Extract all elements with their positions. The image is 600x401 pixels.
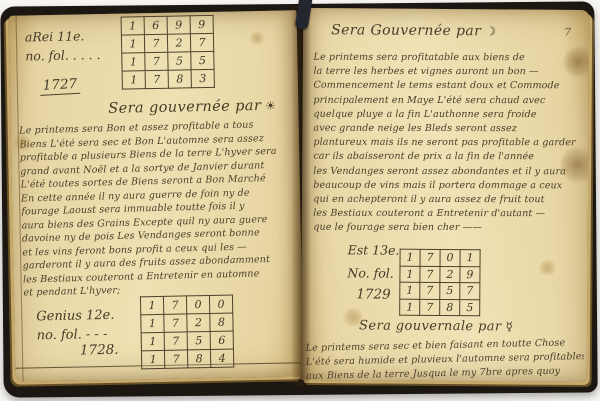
year-row: 1728 [141, 313, 233, 333]
year-row: 1784 [141, 349, 233, 369]
manuscript-photo: aRei 11e. no. fol. . . . . 1727 16991727… [0, 0, 600, 401]
year-row: 1756 [141, 331, 233, 351]
manuscript-line: les Vendanges seront assez abondantes et… [313, 164, 585, 179]
year-cell: 7 [190, 33, 213, 51]
year-row: 1699 [121, 15, 213, 35]
right-margin-note: Est 13e. No. fol. [347, 238, 399, 284]
year-cell: 7 [164, 350, 187, 368]
year-cell: 3 [191, 69, 214, 87]
year-cell: 1 [122, 53, 145, 71]
year-cell: 1 [141, 350, 164, 368]
left-footer-note: Genius 12e. no. fol. - - - [36, 306, 115, 345]
year-table-1728: 1700172817561784 [140, 295, 234, 370]
year-cell: 1 [140, 296, 163, 314]
margin-note-line: no. fol. . . . . [25, 45, 101, 65]
year-cell: 7 [164, 314, 187, 332]
mercury-symbol: ☿ [502, 319, 514, 333]
left-margin-note: aRei 11e. no. fol. . . . . [25, 26, 101, 65]
year-cell: 8 [168, 70, 191, 88]
right-body-text: Le printems sera profitatable aux biens … [313, 51, 585, 236]
left-heading-text: Sera gouvernée par [108, 98, 261, 117]
year-cell: 1 [121, 35, 144, 53]
year-cell: 5 [168, 52, 191, 70]
year-cell: 9 [460, 266, 480, 283]
year-cell: 1 [121, 17, 144, 35]
year-cell: 7 [145, 52, 168, 70]
year-cell: 2 [167, 34, 190, 52]
year-cell: 5 [191, 51, 214, 69]
year-table-1729: 1701172917571785 [399, 249, 480, 317]
year-cell: 1 [141, 332, 164, 350]
year-row: 1727 [121, 33, 213, 53]
year-cell: 4 [210, 349, 233, 367]
year-row: 1783 [122, 69, 214, 89]
year-cell: 0 [186, 295, 209, 313]
manuscript-line: Le printems sera profitatable aux biens … [313, 51, 585, 66]
year-cell: 7 [420, 282, 440, 299]
manuscript-line: les Bestiaux couteront a Entretenir d'au… [313, 207, 585, 222]
year-cell: 1 [141, 314, 164, 332]
year-cell: 1 [400, 249, 420, 266]
left-heading: Sera gouvernée par☀ [108, 98, 276, 117]
manuscript-line: avec grande neige les Bleds seront assez [313, 122, 585, 137]
year-cell: 1 [400, 266, 420, 283]
year-cell: 9 [190, 15, 213, 33]
year-1729-label: 1729 [353, 286, 393, 303]
footer-note-line: Genius 12e. [36, 306, 115, 326]
year-cell: 7 [164, 332, 187, 350]
year-row: 1729 [400, 266, 480, 283]
manuscript-line: quelque pluye a la fin L'authonne sera f… [313, 108, 585, 123]
year-cell: 7 [144, 34, 167, 52]
year-row: 1757 [400, 282, 480, 299]
year-cell: 8 [187, 349, 210, 367]
year-row: 1701 [400, 249, 480, 266]
right-subheading: Sera gouvernale par☿ [359, 318, 513, 334]
right-heading-text: Sera Gouvernée par [331, 22, 481, 39]
right-heading: Sera Gouvernée par☽ [331, 22, 496, 39]
manuscript-line: la terre les herbes et vignes auront un … [313, 65, 585, 80]
sun-symbol: ☀ [261, 99, 276, 113]
year-cell: 7 [163, 296, 186, 314]
manuscript-line: qui en achepteront il y aura assez de fr… [313, 193, 585, 208]
margin-note-line: No. fol. [347, 261, 399, 284]
left-page: aRei 11e. no. fol. . . . . 1727 16991727… [9, 10, 304, 381]
manuscript-line: que le fourage sera bien cher —— [313, 221, 585, 236]
manuscript-line: Commencement le tems estant doux et Comm… [313, 79, 585, 94]
year-cell: 6 [144, 16, 167, 34]
year-row: 1785 [400, 299, 480, 316]
right-page: Sera Gouvernée par☽ 7 Le printems sera p… [301, 8, 590, 382]
year-1728-label: 1728. [77, 342, 122, 360]
moon-symbol: ☽ [481, 24, 496, 38]
year-cell: 6 [210, 331, 233, 349]
year-cell: 1 [122, 71, 145, 89]
year-cell: 5 [440, 282, 460, 299]
year-1727-label: 1727 [39, 76, 80, 96]
margin-note-line: Est 13e. [348, 238, 400, 261]
stain [537, 260, 557, 276]
year-cell: 1 [400, 299, 420, 316]
year-cell: 8 [440, 299, 460, 316]
manuscript-line: plantureux mais ils ne seront pas profit… [313, 136, 585, 151]
year-cell: 8 [210, 313, 233, 331]
year-table-1727: 1699172717551783 [121, 15, 215, 90]
year-cell: 0 [209, 295, 232, 313]
year-cell: 2 [187, 313, 210, 331]
year-row: 1755 [122, 51, 214, 71]
year-cell: 2 [440, 266, 460, 283]
year-row: 1700 [140, 295, 232, 315]
stain [249, 31, 265, 45]
left-body-text: Le printems sera Bon et assez profitable… [19, 117, 299, 300]
margin-note-line: aRei 11e. [25, 26, 101, 46]
year-cell: 5 [460, 299, 480, 316]
year-cell: 7 [420, 266, 440, 283]
year-cell: 7 [145, 70, 168, 88]
manuscript-line: beaucoup de vins mais il portera dommage… [313, 179, 585, 194]
manuscript-line: principalement en Maye L'été sera chaud … [313, 93, 585, 108]
year-cell: 7 [420, 299, 440, 316]
year-cell: 7 [420, 249, 440, 266]
right-subheading-text: Sera gouvernale par [359, 318, 502, 334]
manuscript-line: car ils abaisseront de prix a la fin de … [313, 150, 585, 165]
year-cell: 0 [440, 249, 460, 266]
year-cell: 1 [460, 250, 480, 267]
year-cell: 5 [187, 331, 210, 349]
page-number: 7 [564, 26, 571, 39]
year-cell: 9 [167, 16, 190, 34]
right-footer-text: Le printems sera sec et bien faisant en … [305, 336, 584, 382]
year-cell: 7 [460, 283, 480, 300]
year-cell: 1 [400, 282, 420, 299]
